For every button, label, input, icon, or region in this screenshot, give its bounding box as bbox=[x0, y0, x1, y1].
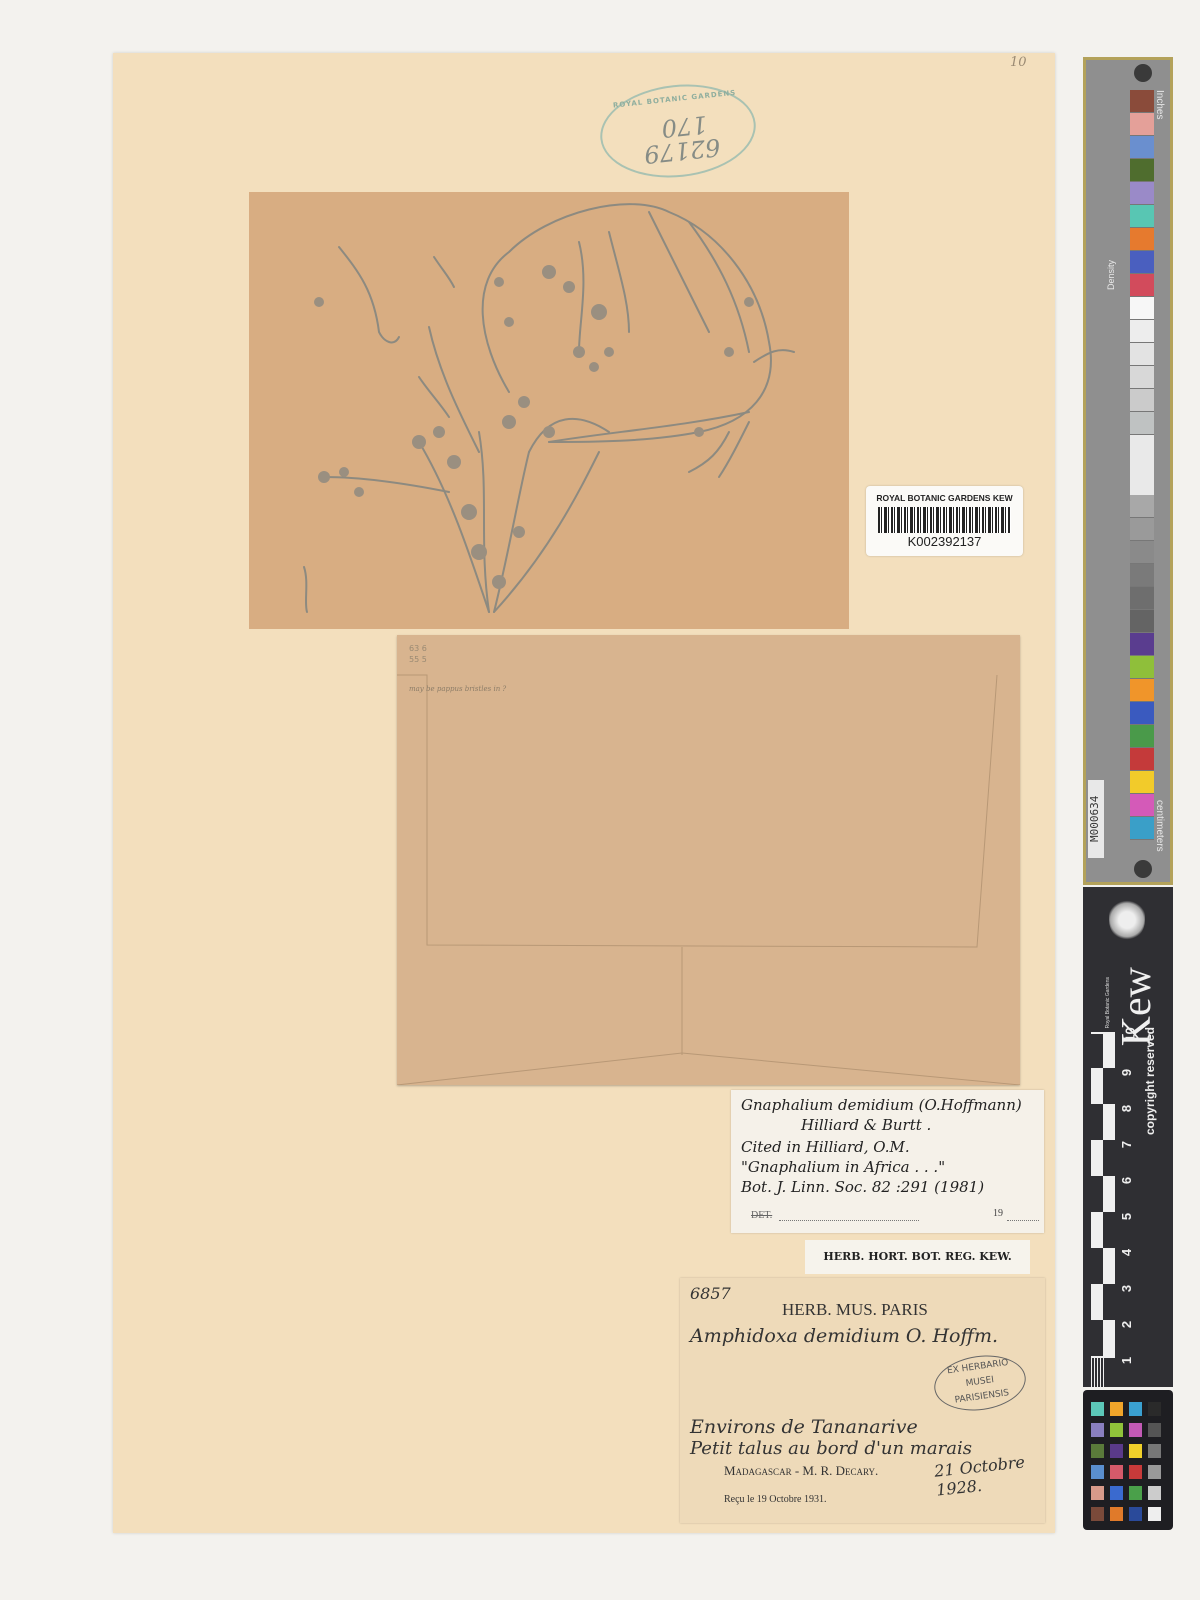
patch-swatch bbox=[1148, 1465, 1161, 1479]
patch-swatch bbox=[1091, 1465, 1104, 1479]
swatch bbox=[1130, 205, 1154, 228]
strip-hole-bottom-icon bbox=[1134, 860, 1152, 878]
paris-herbarium-label: 6857 HERB. MUS. PARIS Amphidoxa demidium… bbox=[680, 1278, 1045, 1523]
paris-specimen-number: 6857 bbox=[690, 1284, 731, 1303]
patch-swatch bbox=[1091, 1423, 1104, 1437]
kew-barcode-label: ROYAL BOTANIC GARDENS KEW K002392137 bbox=[866, 486, 1023, 556]
swatch bbox=[1130, 610, 1154, 633]
patch-swatch bbox=[1091, 1402, 1104, 1416]
det-dotted-line bbox=[779, 1220, 919, 1221]
kew-herbarium-strip: HERB. HORT. BOT. REG. KEW. bbox=[805, 1240, 1030, 1274]
color-calibration-strip: Inches Density M000634 centimeter bbox=[1083, 57, 1173, 885]
grey-target bbox=[1130, 435, 1154, 495]
patch-swatch bbox=[1110, 1486, 1123, 1500]
determination-label: Gnaphalium demidium (O.Hoffmann) Hilliar… bbox=[731, 1090, 1044, 1233]
det-authors-line: Hilliard & Burtt . bbox=[801, 1116, 931, 1134]
patch-swatch bbox=[1129, 1465, 1142, 1479]
swatch bbox=[1130, 564, 1154, 587]
strip-inches-label: Inches bbox=[1154, 90, 1165, 119]
barcode-header: ROYAL BOTANIC GARDENS KEW bbox=[866, 493, 1023, 503]
det-year-prefix: 19 bbox=[993, 1208, 1003, 1219]
page-number: 10 bbox=[1010, 55, 1027, 70]
strip-density-label: Density bbox=[1106, 260, 1116, 290]
det-year-dotted-line bbox=[1007, 1220, 1039, 1221]
patch-swatch bbox=[1148, 1444, 1161, 1458]
swatch bbox=[1130, 702, 1154, 725]
paris-locality-2: Petit talus au bord d'un marais bbox=[690, 1438, 972, 1459]
det-name-line: Gnaphalium demidium (O.Hoffmann) bbox=[741, 1096, 1022, 1114]
swatch bbox=[1130, 343, 1154, 366]
swatch bbox=[1130, 794, 1154, 817]
swatch bbox=[1130, 518, 1154, 541]
patch-swatch bbox=[1110, 1402, 1123, 1416]
swatch bbox=[1130, 748, 1154, 771]
det-reference-line: Bot. J. Linn. Soc. 82 :291 (1981) bbox=[741, 1178, 984, 1196]
patch-swatch bbox=[1129, 1486, 1142, 1500]
swatch bbox=[1130, 251, 1154, 274]
patch-swatch bbox=[1129, 1402, 1142, 1416]
color-checker-patch bbox=[1083, 1390, 1173, 1530]
swatch bbox=[1130, 412, 1154, 435]
fragment-envelope[interactable]: 63 6 55 5 may be pappus bristles in ? bbox=[397, 635, 1020, 1085]
stamp-handwritten-accession: 62179 bbox=[643, 133, 722, 169]
swatch bbox=[1130, 656, 1154, 679]
paris-received-date: Reçu le 19 Octobre 1931. bbox=[724, 1494, 826, 1505]
swatch bbox=[1130, 366, 1154, 389]
patch-swatch bbox=[1148, 1423, 1161, 1437]
swatch bbox=[1130, 274, 1154, 297]
swatch bbox=[1130, 159, 1154, 182]
patch-swatch bbox=[1110, 1423, 1123, 1437]
strip-id: M000634 bbox=[1088, 780, 1104, 858]
patch-swatch bbox=[1110, 1465, 1123, 1479]
envelope-pencil-notes: 63 6 55 5 bbox=[409, 643, 427, 665]
swatch bbox=[1130, 771, 1154, 794]
patch-swatch bbox=[1148, 1486, 1161, 1500]
swatch bbox=[1130, 495, 1154, 518]
det-cited-line: Cited in Hilliard, O.M. bbox=[741, 1138, 910, 1156]
swatch bbox=[1130, 541, 1154, 564]
swatch bbox=[1130, 320, 1154, 343]
swatch bbox=[1130, 679, 1154, 702]
swatch bbox=[1130, 113, 1154, 136]
patch-swatch bbox=[1148, 1507, 1161, 1521]
paris-collector: Madagascar - M. R. Decary. bbox=[724, 1463, 878, 1479]
patch-swatch bbox=[1129, 1507, 1142, 1521]
barcode-id: K002392137 bbox=[866, 534, 1023, 549]
strip-centimeters-label: centimeters bbox=[1154, 800, 1165, 852]
swatch bbox=[1130, 587, 1154, 610]
paris-locality-1: Environs de Tananarive bbox=[690, 1416, 918, 1438]
kew-logo-subtitle: Royal Botanic Gardens bbox=[1105, 977, 1111, 1028]
envelope-fold-lines-icon bbox=[397, 635, 1020, 1085]
paris-species-name: Amphidoxa demidium O. Hoffm. bbox=[690, 1325, 998, 1347]
patch-swatch bbox=[1091, 1507, 1104, 1521]
copyright-text: copyright reserved bbox=[1143, 1027, 1157, 1135]
swatch bbox=[1130, 633, 1154, 656]
patch-swatch bbox=[1091, 1486, 1104, 1500]
swatch bbox=[1130, 725, 1154, 748]
kew-scale-bar: Kew Royal Botanic Gardens copyright rese… bbox=[1083, 887, 1173, 1387]
barcode-icon bbox=[878, 507, 1011, 533]
swatch bbox=[1130, 136, 1154, 159]
patch-swatch bbox=[1129, 1423, 1142, 1437]
top-swatch-column bbox=[1130, 90, 1154, 840]
det-title-line: "Gnaphalium in Africa . . ." bbox=[741, 1158, 945, 1176]
det-prefix: DET. bbox=[751, 1210, 772, 1221]
swatch bbox=[1130, 389, 1154, 412]
strip-hole-top-icon bbox=[1134, 64, 1152, 82]
specimen-mount-paper bbox=[249, 192, 849, 629]
patch-swatch bbox=[1148, 1402, 1161, 1416]
envelope-pencil-line: may be pappus bristles in ? bbox=[409, 685, 506, 693]
swatch bbox=[1130, 817, 1154, 840]
swatch bbox=[1130, 228, 1154, 251]
patch-swatch bbox=[1091, 1444, 1104, 1458]
swatch bbox=[1130, 182, 1154, 205]
pressed-plant-specimen-icon bbox=[249, 192, 849, 629]
royal-crest-icon bbox=[1109, 899, 1145, 941]
swatch bbox=[1130, 297, 1154, 320]
patch-swatch bbox=[1129, 1444, 1142, 1458]
cm-ruler-icon bbox=[1091, 1032, 1115, 1397]
paris-header: HERB. MUS. PARIS bbox=[782, 1300, 928, 1320]
patch-swatch bbox=[1110, 1444, 1123, 1458]
swatch bbox=[1130, 90, 1154, 113]
ex-herbario-stamp: EX HERBARIO MUSEI PARISIENSIS bbox=[931, 1350, 1030, 1416]
patch-swatch bbox=[1110, 1507, 1123, 1521]
